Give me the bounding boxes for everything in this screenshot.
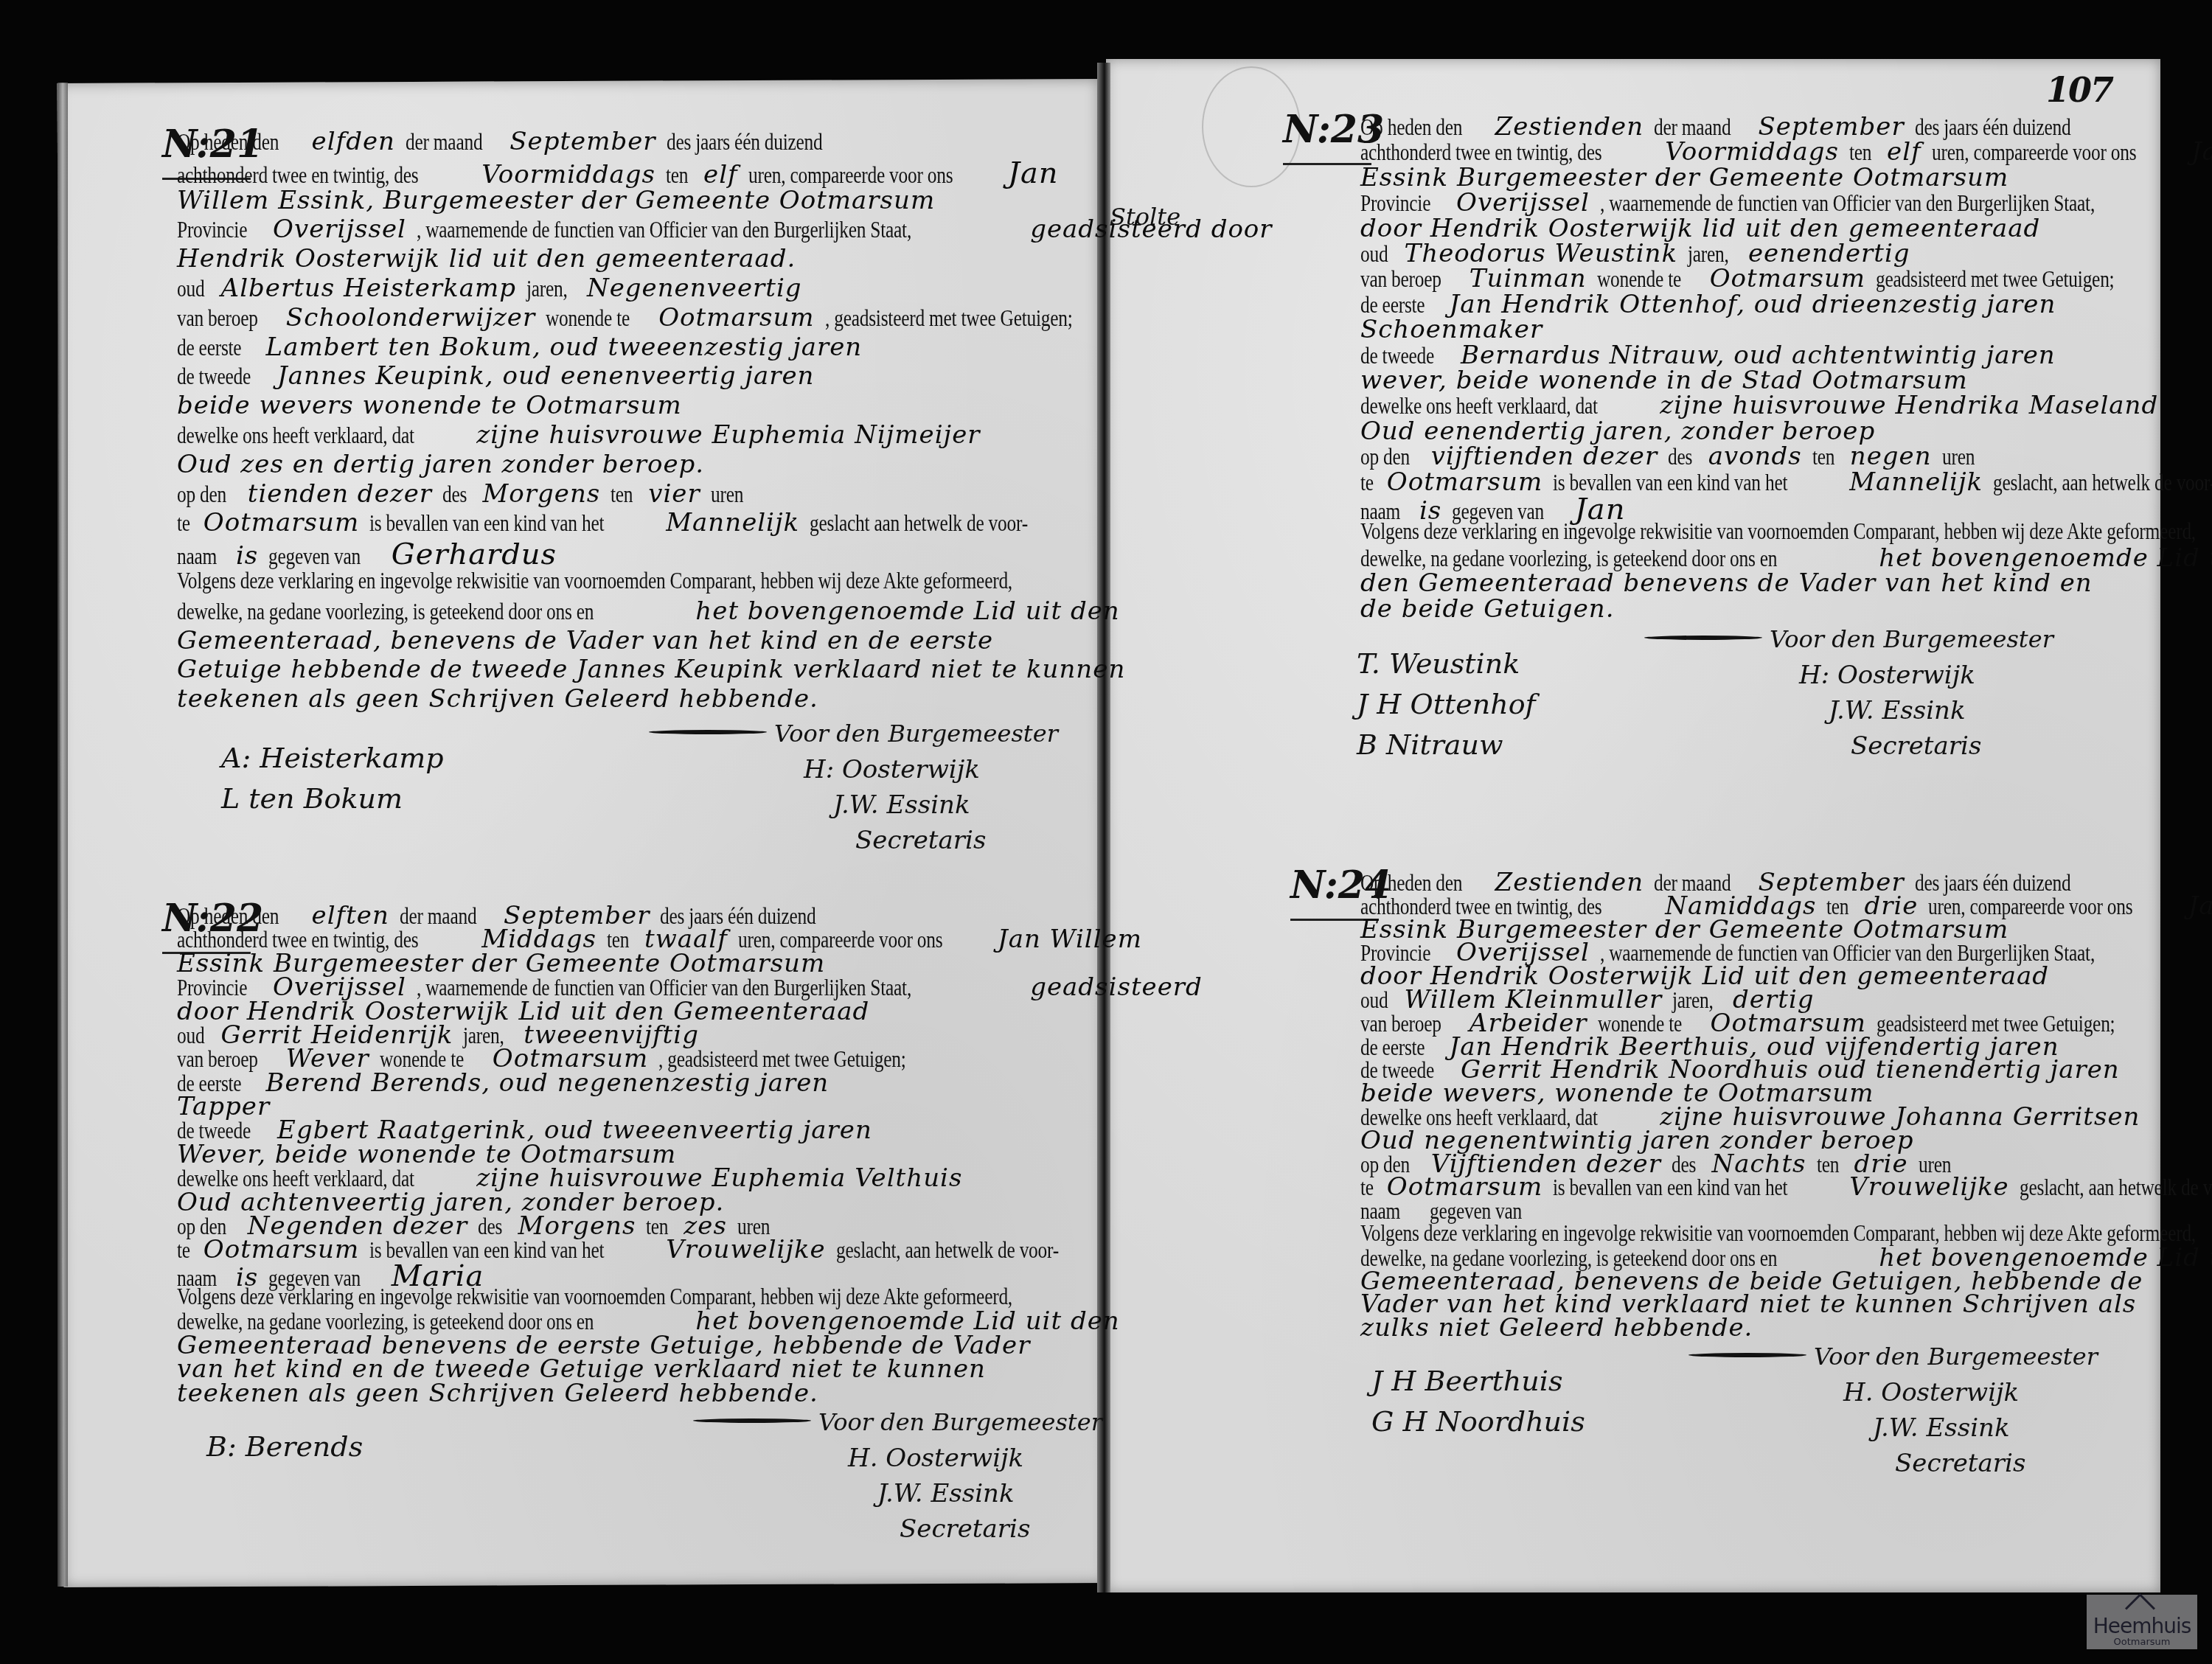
entry-line: op dentienden dezerdesMorgenstenvieruren (177, 481, 761, 506)
handwritten-field: Hendrik Oosterwijk lid uit den gemeenter… (177, 244, 796, 274)
printed-text: wonende te (1597, 268, 1681, 290)
printed-text: van beroep (1360, 268, 1441, 290)
printed-text: wonende te (546, 307, 630, 330)
printed-text: oud (1360, 243, 1388, 265)
signature-title: Secretaris (1895, 1449, 2025, 1478)
book-spine (1097, 63, 1110, 1592)
handwritten-field: Jan Willem (2188, 891, 2212, 921)
signature-caption: Voor den Burgemeester (818, 1408, 1102, 1436)
logo-name: Heemhuis (2087, 1614, 2197, 1638)
printed-text: geslacht, aan hetwelk de voor- (836, 1239, 1059, 1261)
printed-text: Provincie (1360, 192, 1430, 215)
handwritten-field: Ootmarsum (658, 303, 814, 333)
heemhuis-logo: Heemhuis Ootmarsum (2087, 1595, 2197, 1649)
printed-text: , waarnemende de functien van Officier v… (417, 976, 911, 999)
signature-official: H: Oosterwijk (1799, 661, 1975, 690)
pen-flourish (693, 1418, 811, 1423)
printed-text: op den (1360, 445, 1410, 468)
entry-line: oudAlbertus Heisterkampjaren,Negenenveer… (177, 276, 813, 301)
printed-text: de tweede (177, 1119, 251, 1142)
entry-line: de eersteLambert ten Bokum, oud tweeenze… (177, 335, 872, 360)
handwritten-field: Lambert ten Bokum, oud tweeenzestig jare… (266, 333, 863, 362)
printed-text: Volgens deze verklaring en ingevolge rek… (177, 1285, 1012, 1308)
printed-text: te (1360, 1176, 1374, 1199)
entry-line: Op heden denZestiendender maandSeptember… (1360, 114, 2115, 139)
printed-text: is bevallen van een kind van het (369, 512, 604, 535)
signature-official: J.W. Essink (833, 790, 970, 820)
entry-line: teOotmarsumis bevallen van een kind van … (1360, 470, 2212, 495)
entry-line: den Gemeenteraad benevens de Vader van h… (1360, 571, 2103, 596)
handwritten-field: Vrouwelijke (1849, 1172, 2008, 1202)
printed-text: op den (177, 483, 226, 506)
printed-text: ten (611, 483, 633, 506)
printed-text: Provincie (177, 218, 247, 241)
printed-text: op den (177, 1215, 226, 1238)
printed-text: gegeven van (268, 545, 361, 568)
printed-text: geadsisteerd met twee Getuigen; (1876, 268, 2114, 290)
printed-text: van beroep (177, 1048, 258, 1071)
entry-line: ProvincieOverijssel, waarnemende de func… (1360, 190, 2212, 215)
entry-line: van beroepSchoolonderwijzerwonende teOot… (177, 305, 1137, 330)
printed-text: achthonderd twee en twintig, des (1360, 141, 1601, 164)
printed-text: uren (1942, 445, 1975, 468)
entry-line: oudTheodorus Weustinkjaren,eenendertig (1360, 241, 1921, 266)
handwritten-field: Gemeenteraad, benevens de Vader van het … (177, 626, 993, 655)
printed-text: geslacht, aan hetwelk de voor- (2020, 1176, 2212, 1199)
pen-flourish (1688, 1353, 1806, 1357)
printed-text: Provincie (177, 976, 247, 999)
handwritten-field: Mannelijk (666, 508, 799, 537)
printed-text: te (177, 512, 190, 535)
printed-text: achthonderd twee en twintig, des (177, 928, 418, 951)
printed-text: te (1360, 471, 1374, 494)
printed-text: des jaars één duizend (1915, 116, 2071, 139)
printed-text: der maand (1654, 116, 1731, 139)
printed-text: naam (177, 545, 217, 568)
handwritten-field: vier (648, 479, 700, 509)
entry-line: teOotmarsumis bevallen van een kind van … (177, 510, 1086, 535)
entry-line: dewelke ons heeft verklaard, datzijne hu… (177, 422, 991, 448)
printed-text: oud (177, 1024, 204, 1047)
handwritten-field: Jannes Keupink, oud eenenveertig jaren (277, 361, 814, 391)
printed-text: des jaars één duizend (1915, 871, 2071, 894)
entry-line: Getuige hebbende de tweede Jannes Keupin… (177, 657, 1135, 682)
handwritten-field: geadsisteerd (1030, 972, 1203, 1002)
printed-text: oud (1360, 989, 1388, 1012)
left-page-edge (58, 83, 68, 1587)
handwritten-field: is (236, 541, 258, 571)
entry-line: teOotmarsumis bevallen van een kind van … (177, 1237, 1118, 1262)
page-number: 107 (2046, 70, 2112, 110)
entry-line: Essink Burgemeester der Gemeente Ootmars… (1360, 165, 2019, 190)
entry-line: Hendrik Oosterwijk lid uit den gemeenter… (177, 246, 806, 271)
printed-text: achthonderd twee en twintig, des (177, 164, 418, 187)
signature-witness: T. Weustink (1357, 647, 1520, 680)
signature-title: Secretaris (900, 1514, 1030, 1544)
entry-line: achthonderd twee en twintig, desVoormidd… (177, 159, 1069, 188)
signature-caption: Voor den Burgemeester (1814, 1343, 2098, 1371)
handwritten-field: Voormiddags (481, 160, 655, 189)
printed-text: dewelke, na gedane voorlezing, is geteek… (177, 1310, 594, 1333)
entry-line: Willem Essink, Burgemeester der Gemeente… (177, 188, 945, 213)
handwritten-field: Overijssel (273, 215, 406, 244)
printed-text: is bevallen van een kind van het (369, 1239, 604, 1261)
printed-text: ten (1817, 1153, 1839, 1176)
printed-text: van beroep (177, 307, 258, 330)
printed-text: uren, compareerde voor ons (738, 928, 942, 951)
handwritten-field: Vrouwelijke (666, 1235, 825, 1264)
entry-line: dewelke ons heeft verklaard, datzijne hu… (1360, 393, 2168, 418)
handwritten-field: Oud zes en dertig jaren zonder beroep. (177, 450, 704, 479)
handwritten-field: Jan Willem (2191, 137, 2212, 167)
entry-line: Volgens deze verklaring en ingevolge rek… (1360, 1222, 2212, 1244)
printed-text: des (442, 483, 467, 506)
handwritten-field: Gerhardus (392, 537, 557, 571)
printed-text: Volgens deze verklaring en ingevolge rek… (1360, 1222, 2196, 1244)
signature-official: J.W. Essink (1829, 696, 1966, 725)
printed-text: jaren, (1672, 989, 1714, 1012)
handwritten-field: Ootmarsum (204, 1235, 359, 1264)
entry-line: de tweedeBernardus Nitrauw, oud achtentw… (1360, 343, 2066, 368)
signature-caption: Voor den Burgemeester (1770, 625, 2053, 653)
entry-line: achthonderd twee en twintig, desVoormidd… (1360, 139, 2212, 164)
handwritten-field: zijne huisvrouwe Euphemia Nijmeijer (476, 420, 980, 450)
pen-flourish (649, 730, 767, 734)
entry-line: Volgens deze verklaring en ingevolge rek… (177, 1285, 1206, 1308)
printed-text: der maand (406, 130, 482, 153)
printed-text: , geadsisteerd met twee Getuigen; (658, 1048, 906, 1071)
printed-text: , geadsisteerd met twee Getuigen; (825, 307, 1073, 330)
handwritten-field: teekenen als geen Schrijven Geleerd hebb… (177, 684, 818, 714)
signature-witness: G H Noordhuis (1371, 1405, 1585, 1438)
handwritten-field: Jan (1008, 156, 1059, 190)
printed-text: Op heden den (177, 905, 279, 927)
entry-line: Schoenmaker (1360, 317, 1553, 342)
entry-line: de tweedeJannes Keupink, oud eenenveerti… (177, 363, 824, 389)
signature-witness: A: Heisterkamp (221, 742, 444, 774)
handwritten-field: Ootmarsum (204, 508, 359, 537)
printed-text: des (478, 1215, 502, 1238)
logo-subtitle: Ootmarsum (2087, 1637, 2197, 1648)
signature-witness: J H Ottenhof (1357, 688, 1536, 720)
printed-text: ten (1812, 445, 1834, 468)
entry-line: door Hendrik Oosterwijk lid uit den geme… (1360, 216, 2051, 241)
printed-text: geslacht, aan hetwelk de voor- (1993, 471, 2212, 494)
printed-text: de eerste (1360, 1036, 1425, 1059)
printed-text: ten (607, 928, 629, 951)
handwritten-field: elfden (312, 127, 395, 156)
printed-text: Volgens deze verklaring en ingevolge rek… (177, 569, 1012, 592)
printed-text: ten (666, 164, 688, 187)
handwritten-field: tienden dezer (248, 479, 432, 509)
entry-line: naamisgegeven vanGerhardus (177, 540, 567, 569)
entry-line: teekenen als geen Schrijven Geleerd hebb… (177, 686, 829, 711)
printed-text: des jaars één duizend (667, 130, 823, 153)
printed-text: oud (177, 277, 204, 300)
handwritten-field: zulks niet Geleerd hebbende. (1360, 1313, 1753, 1343)
printed-text: de eerste (1360, 293, 1425, 316)
printed-text: de eerste (177, 336, 241, 359)
entry-line: de eersteBerend Berends, oud negenenzest… (177, 1071, 839, 1096)
printed-text: Op heden den (1360, 871, 1462, 894)
handwritten-field: Mannelijk (1849, 467, 1983, 497)
handwritten-field: geadsisteerd door (1030, 215, 1272, 244)
handwritten-field: September (509, 127, 655, 156)
printed-text: van beroep (1360, 1012, 1441, 1035)
entry-line: Volgens deze verklaring en ingevolge rek… (1360, 520, 2212, 543)
signature-official: J.W. Essink (877, 1479, 1015, 1508)
entry-line: de beide Getuigen. (1360, 596, 1624, 622)
entry-line: beide wevers wonende te Ootmarsum (177, 393, 692, 418)
signature-witness: B: Berends (206, 1430, 363, 1463)
printed-text: dewelke ons heeft verklaard, dat (177, 424, 414, 447)
handwritten-field: avonds (1708, 442, 1802, 471)
entry-line: zulks niet Geleerd hebbende. (1360, 1315, 1763, 1340)
entry-line: de eersteJan Hendrik Ottenhof, oud driee… (1360, 292, 2066, 317)
handwritten-field: Zestienden (1495, 112, 1644, 142)
printed-text: de eerste (177, 1072, 241, 1095)
signature-title: Secretaris (1851, 731, 1981, 761)
signature-witness: B Nitrauw (1357, 728, 1503, 761)
signature-official: H. Oosterwijk (848, 1444, 1023, 1473)
handwritten-field: Getuige hebbende de tweede Jannes Keupin… (177, 655, 1125, 684)
entry-line: Gemeenteraad, benevens de Vader van het … (177, 628, 1004, 653)
printed-text: dewelke, na gedane voorlezing, is geteek… (177, 600, 594, 623)
handwritten-field: Jan Willem (998, 925, 1142, 954)
pen-flourish (1644, 636, 1762, 640)
printed-text: Volgens deze verklaring en ingevolge rek… (1360, 520, 2196, 543)
handwritten-field: het bovengenoemde Lid uit den (695, 596, 1119, 626)
printed-text: uren (711, 483, 743, 506)
signature-caption: Voor den Burgemeester (774, 720, 1058, 748)
signature-witness: L ten Bokum (221, 782, 403, 815)
printed-text: is bevallen van een kind van het (1553, 1176, 1787, 1199)
printed-text: des (1668, 445, 1692, 468)
printed-text: uren (737, 1215, 770, 1238)
printed-text: jaren, (526, 277, 568, 300)
handwritten-field: Schoolonderwijzer (286, 303, 535, 333)
handwritten-field: Berend Berends, oud negenenzestig jaren (266, 1068, 829, 1098)
handwritten-field: Albertus Heisterkamp (221, 274, 516, 303)
entry-line: Volgens deze verklaring en ingevolge rek… (177, 569, 1206, 592)
printed-text: gegeven van (1430, 1200, 1522, 1222)
entry-line: op denvijftienden dezerdesavondstennegen… (1360, 444, 1992, 469)
entry-line: ProvincieOverijssel, waarnemende de func… (177, 217, 1283, 242)
signature-title: Secretaris (855, 826, 986, 855)
entry-line: Oud zes en dertig jaren zonder beroep. (177, 452, 714, 477)
printed-text: naam (1360, 1200, 1400, 1222)
entry-line: van beroepTuinmanwonende teOotmarsumgead… (1360, 266, 2177, 291)
printed-text: jaren, (1688, 243, 1729, 265)
signature-official: J.W. Essink (1873, 1413, 2010, 1443)
entry-line: teekenen als geen Schrijven Geleerd hebb… (177, 1381, 829, 1406)
printed-text: dewelke ons heeft verklaard, dat (1360, 394, 1598, 417)
printed-text: de tweede (177, 365, 251, 388)
printed-text: dewelke, na gedane voorlezing, is geteek… (1360, 547, 1777, 570)
signature-official: H: Oosterwijk (804, 755, 980, 784)
entry-line: wever, beide wonende in de Stad Ootmarsu… (1360, 368, 1978, 393)
entry-line: dewelke, na gedane voorlezing, is geteek… (1360, 546, 2212, 571)
printed-text: ten (646, 1215, 668, 1238)
printed-text: jaren, (463, 1024, 504, 1047)
handwritten-field: teekenen als geen Schrijven Geleerd hebb… (177, 1379, 818, 1408)
handwritten-field: Ootmarsum (1387, 467, 1543, 497)
printed-text: , waarnemende de functien van Officier v… (417, 218, 911, 241)
printed-text: dewelke ons heeft verklaard, dat (177, 1167, 414, 1190)
printed-text: is bevallen van een kind van het (1553, 471, 1787, 494)
entry-line: Op heden denelfdender maandSeptemberdes … (177, 129, 867, 154)
printed-text: uren, compareerde voor ons (748, 164, 953, 187)
printed-text: des jaars één duizend (660, 905, 816, 927)
entry-line: Oud eenendertig jaren, zonder beroep (1360, 419, 1885, 444)
printed-text: des (1672, 1153, 1696, 1176)
printed-text: Op heden den (1360, 116, 1462, 139)
printed-text: der maand (400, 905, 476, 927)
signature-witness: J H Beerthuis (1371, 1365, 1562, 1397)
handwritten-field: Morgens (518, 1211, 636, 1241)
entry-line: Tapper (177, 1094, 280, 1119)
entry-line: teOotmarsumis bevallen van een kind van … (1360, 1174, 2212, 1200)
printed-text: Op heden den (177, 130, 279, 153)
printed-text: te (177, 1239, 190, 1261)
handwritten-field: Morgens (482, 479, 600, 509)
handwritten-field: Negenenveertig (587, 274, 802, 303)
printed-text: wonende te (380, 1048, 464, 1071)
handwritten-field: elf (703, 160, 738, 189)
printed-text: de tweede (1360, 344, 1434, 367)
printed-text: , waarnemende de functien van Officier v… (1600, 192, 2095, 215)
printed-text: geslacht aan hetwelk de voor- (810, 512, 1028, 535)
signature-official: H. Oosterwijk (1843, 1378, 2019, 1407)
entry-line: dewelke, na gedane voorlezing, is geteek… (177, 599, 1130, 624)
handwritten-field: de beide Getuigen. (1360, 594, 1614, 624)
handwritten-field: beide wevers wonende te Ootmarsum (177, 391, 682, 420)
handwritten-field: elften (312, 901, 389, 930)
printed-text: ten (1849, 141, 1871, 164)
handwritten-field: Tapper (177, 1092, 270, 1121)
printed-text: uren, compareerde voor ons (1932, 141, 2136, 164)
handwritten-field: Willem Essink, Burgemeester der Gemeente… (177, 186, 935, 215)
